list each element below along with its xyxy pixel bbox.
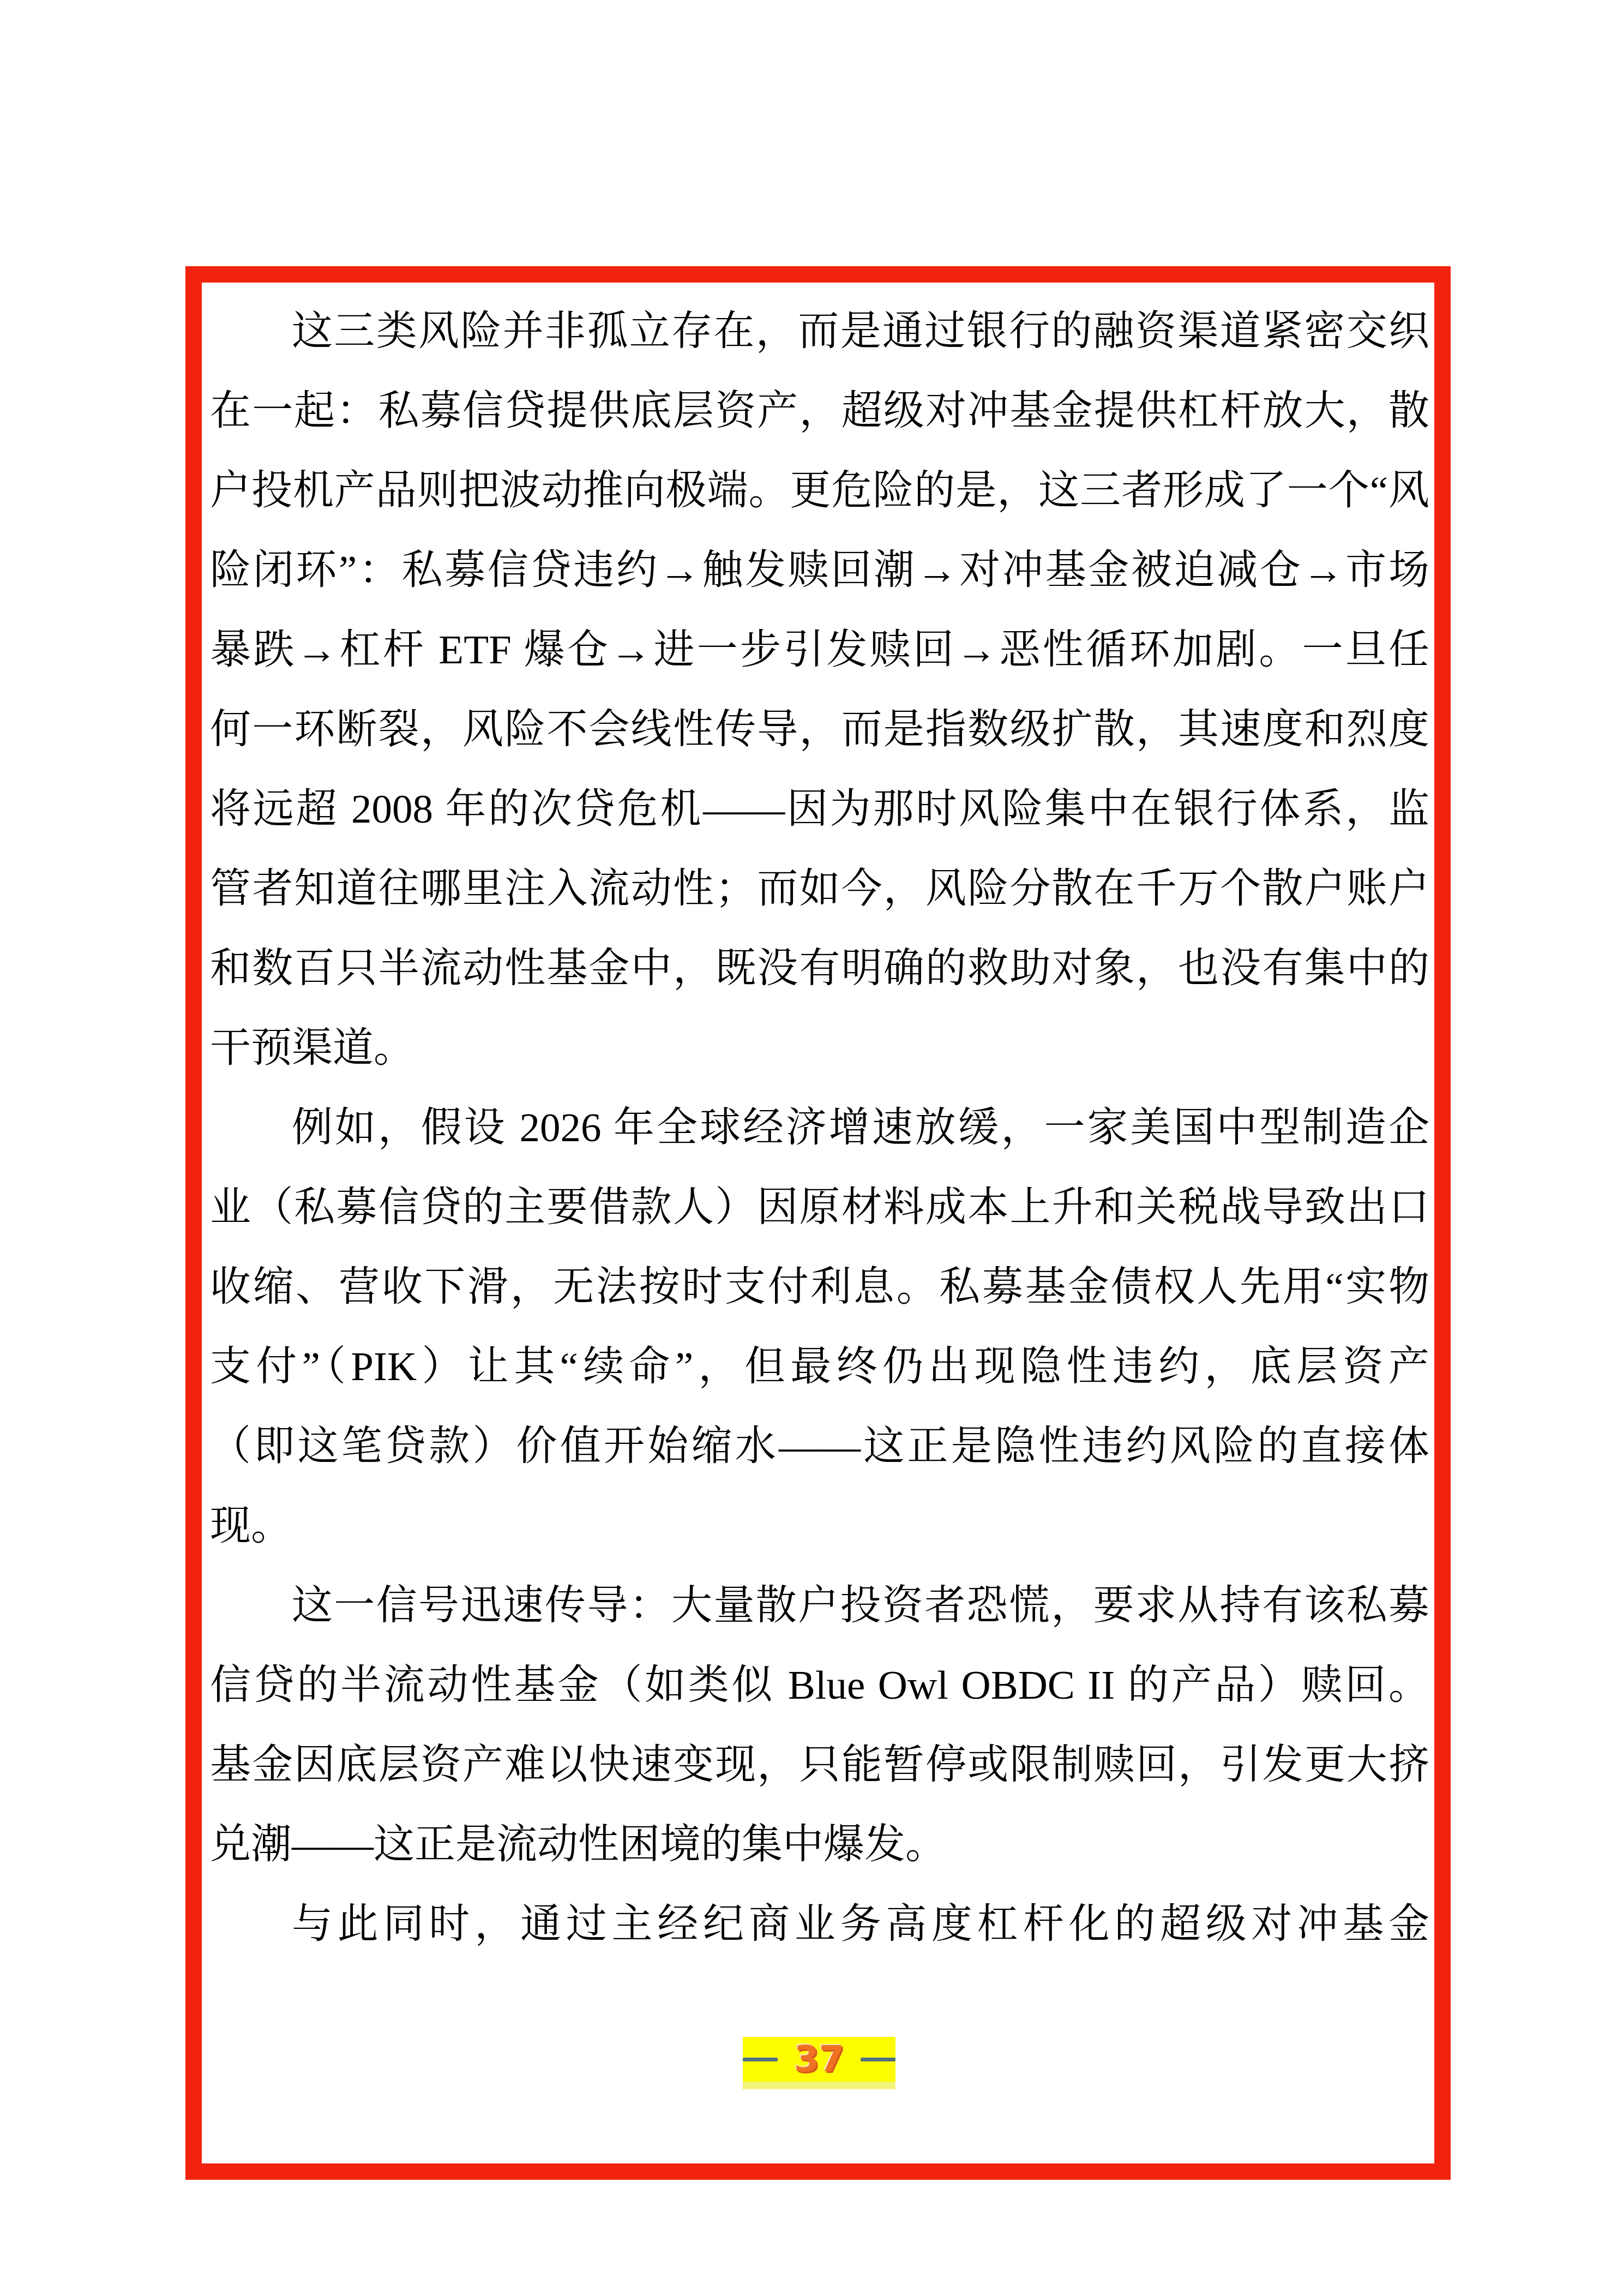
text-line: 支付”（PIK）让其“续命”，但最终仍出现隐性违约，底层资产 (210, 1327, 1429, 1407)
text-line: 和数百只半流动性基金中，既没有明确的救助对象，也没有集中的 (210, 929, 1429, 1009)
text-line: 现。 (210, 1486, 1429, 1566)
text-line: 基金因底层资产难以快速变现，只能暂停或限制赎回，引发更大挤 (210, 1725, 1429, 1805)
text-line: 将远超 2008 年的次贷危机——因为那时风险集中在银行体系，监 (210, 770, 1429, 849)
text-line: （即这笔贷款）价值开始缩水——这正是隐性违约风险的直接体 (210, 1407, 1429, 1486)
text-line: 信贷的半流动性基金（如类似 Blue Owl OBDC II 的产品）赎回。 (210, 1646, 1429, 1725)
text-line: 在一起：私募信贷提供底层资产，超级对冲基金提供杠杆放大，散 (210, 371, 1429, 451)
text-line: 与此同时，通过主经纪商业务高度杠杆化的超级对冲基金 (210, 1885, 1429, 1964)
text-line: 暴跌→杠杆 ETF 爆仓→进一步引发赎回→恶性循环加剧。一旦任 (210, 610, 1429, 690)
text-line: 兑潮——这正是流动性困境的集中爆发。 (210, 1805, 1429, 1885)
text-line: 干预渠道。 (210, 1009, 1429, 1088)
text-line: 这一信号迅速传导：大量散户投资者恐慌，要求从持有该私募 (210, 1566, 1429, 1646)
text-line: 何一环断裂，风险不会线性传导，而是指数级扩散，其速度和烈度 (210, 690, 1429, 770)
page-number: 37 (794, 2041, 844, 2077)
text-line: 这三类风险并非孤立存在，而是通过银行的融资渠道紧密交织 (210, 292, 1429, 371)
text-line: 收缩、营收下滑，无法按时支付利息。私募基金债权人先用“实物 (210, 1248, 1429, 1327)
body-text: 这三类风险并非孤立存在，而是通过银行的融资渠道紧密交织 在一起：私募信贷提供底层… (210, 292, 1429, 1964)
footer-dash-right-icon (861, 2058, 895, 2061)
document-page: 这三类风险并非孤立存在，而是通过银行的融资渠道紧密交织 在一起：私募信贷提供底层… (0, 0, 1623, 2296)
text-line: 业（私募信贷的主要借款人）因原材料成本上升和关税战导致出口 (210, 1168, 1429, 1248)
text-line: 例如，假设 2026 年全球经济增速放缓，一家美国中型制造企 (210, 1088, 1429, 1168)
text-line: 管者知道往哪里注入流动性；而如今，风险分散在千万个散户账户 (210, 849, 1429, 929)
page-number-footer: 37 (743, 2037, 895, 2089)
text-line: 险闭环”：私募信贷违约→触发赎回潮→对冲基金被迫减仓→市场 (210, 531, 1429, 610)
footer-dash-left-icon (743, 2058, 778, 2061)
text-line: 户投机产品则把波动推向极端。更危险的是，这三者形成了一个“风 (210, 451, 1429, 531)
